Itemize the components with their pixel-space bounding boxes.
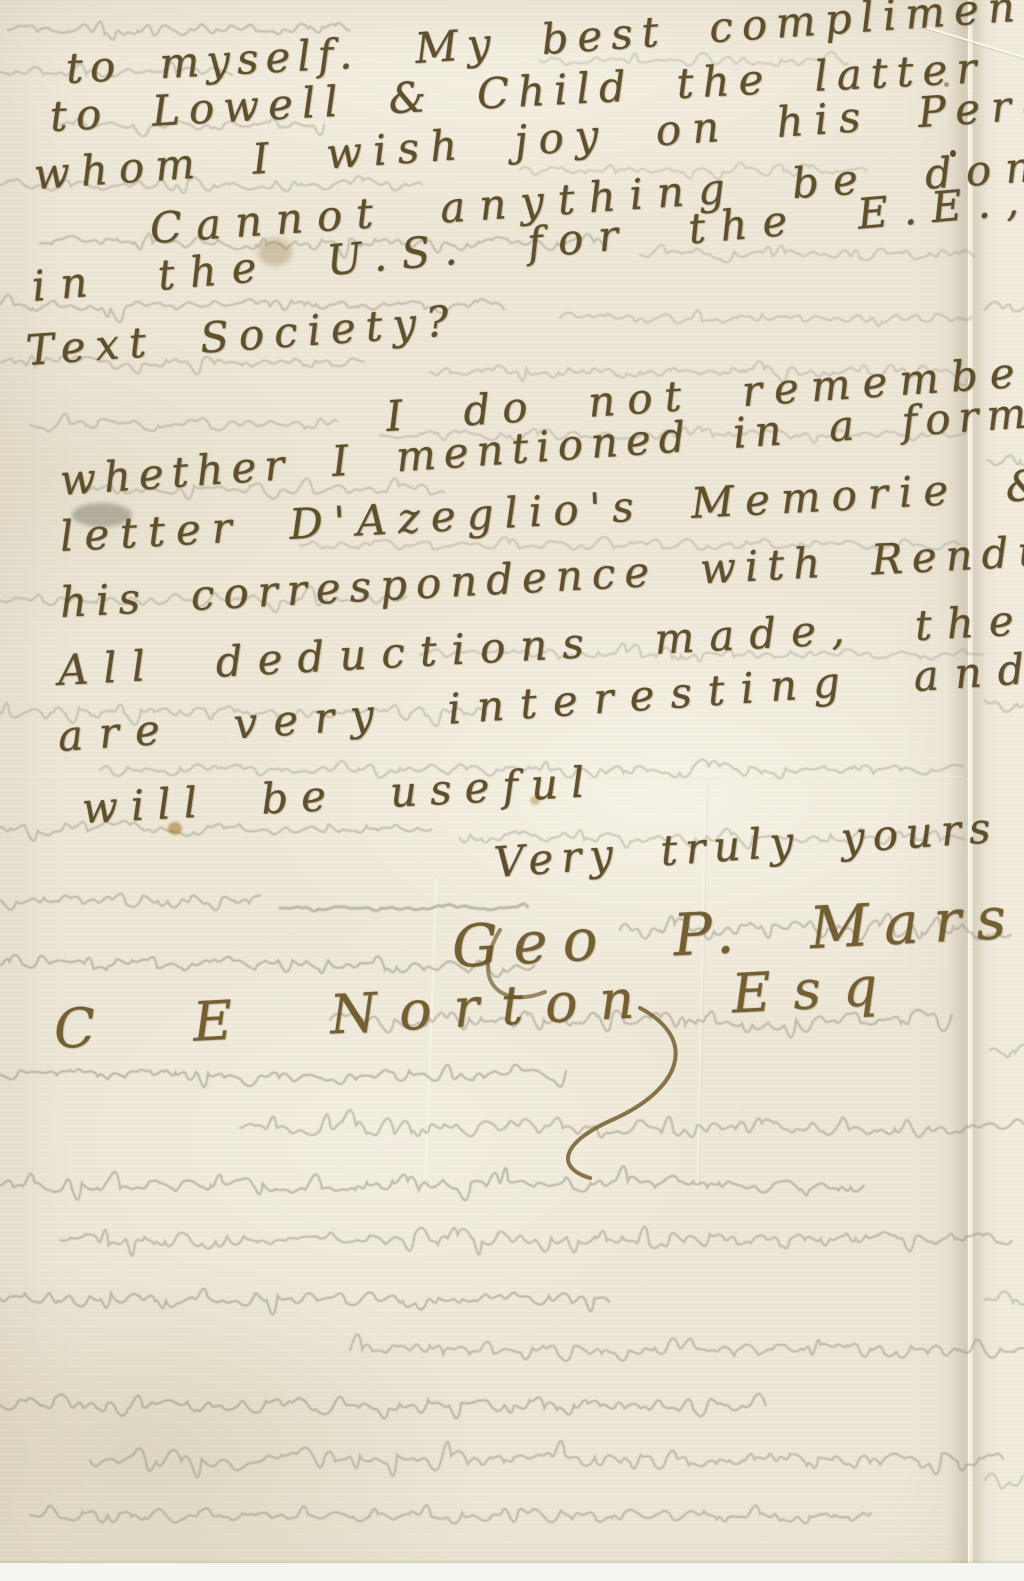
signature-flourish — [0, 0, 1024, 1581]
manuscript-letter-scan: to myself.My best complimentsto Lowell &… — [0, 0, 1024, 1581]
